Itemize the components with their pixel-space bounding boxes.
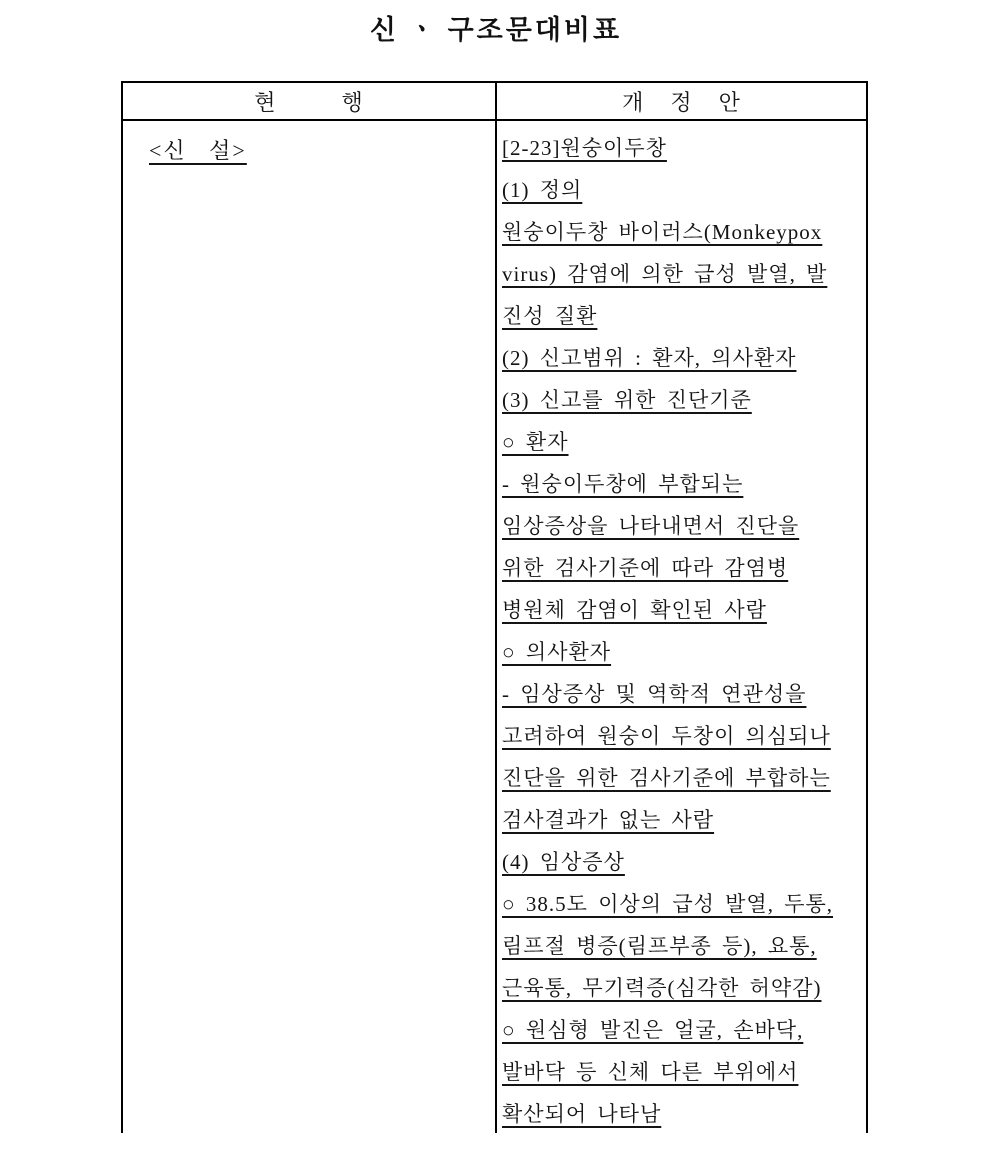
revised-line: 위한 검사기준에 따라 감염병 bbox=[502, 547, 864, 589]
revised-line: 진단을 위한 검사기준에 부합하는 bbox=[502, 757, 864, 799]
revised-line: ○ 원심형 발진은 얼굴, 손바닥, bbox=[502, 1009, 864, 1051]
page-title: 신 ㆍ 구조문대비표 bbox=[0, 8, 992, 47]
revised-line: (3) 신고를 위한 진단기준 bbox=[502, 379, 864, 421]
header-cell-current: 현 행 bbox=[123, 83, 497, 119]
revised-line: 발바닥 등 신체 다른 부위에서 bbox=[502, 1051, 864, 1093]
revised-line: 진성 질환 bbox=[502, 295, 864, 337]
revised-line: 고려하여 원숭이 두창이 의심되나 bbox=[502, 715, 864, 757]
revised-line: 확산되어 나타남 bbox=[502, 1093, 864, 1133]
revised-line: ○ 환자 bbox=[502, 421, 864, 463]
revised-line: - 임상증상 및 역학적 연관성을 bbox=[502, 673, 864, 715]
revised-line: 검사결과가 없는 사람 bbox=[502, 799, 864, 841]
revised-line: (1) 정의 bbox=[502, 169, 864, 211]
table-body-row: <신 설> [2-23]원숭이두창 (1) 정의 원숭이두창 바이러스(Monk… bbox=[123, 121, 866, 1133]
revised-line: (4) 임상증상 bbox=[502, 841, 864, 883]
revised-line: (2) 신고범위 : 환자, 의사환자 bbox=[502, 337, 864, 379]
revised-line: - 원숭이두창에 부합되는 bbox=[502, 463, 864, 505]
revised-line: 림프절 병증(림프부종 등), 요통, bbox=[502, 925, 864, 967]
header-cell-revised: 개 정 안 bbox=[497, 83, 866, 119]
revised-line: 근육통, 무기력증(심각한 허약감) bbox=[502, 967, 864, 1009]
table-header-row: 현 행 개 정 안 bbox=[123, 83, 866, 121]
document-page: 신 ㆍ 구조문대비표 현 행 개 정 안 <신 설> [2-23]원숭이두창 (… bbox=[0, 0, 992, 1156]
revised-line: virus) 감염에 의한 급성 발열, 발 bbox=[502, 253, 864, 295]
revised-line: ○ 의사환자 bbox=[502, 631, 864, 673]
revised-line: 병원체 감염이 확인된 사람 bbox=[502, 589, 864, 631]
revised-line: ○ 38.5도 이상의 급성 발열, 두통, bbox=[502, 883, 864, 925]
current-provision-cell: <신 설> bbox=[123, 121, 497, 1133]
revised-line: [2-23]원숭이두창 bbox=[502, 127, 864, 169]
new-provision-label: <신 설> bbox=[149, 130, 247, 172]
revised-provision-cell: [2-23]원숭이두창 (1) 정의 원숭이두창 바이러스(Monkeypox … bbox=[497, 121, 866, 1133]
comparison-table: 현 행 개 정 안 <신 설> [2-23]원숭이두창 (1) 정의 원숭이두창… bbox=[121, 81, 868, 1133]
revised-line: 임상증상을 나타내면서 진단을 bbox=[502, 505, 864, 547]
revised-line: 원숭이두창 바이러스(Monkeypox bbox=[502, 211, 864, 253]
